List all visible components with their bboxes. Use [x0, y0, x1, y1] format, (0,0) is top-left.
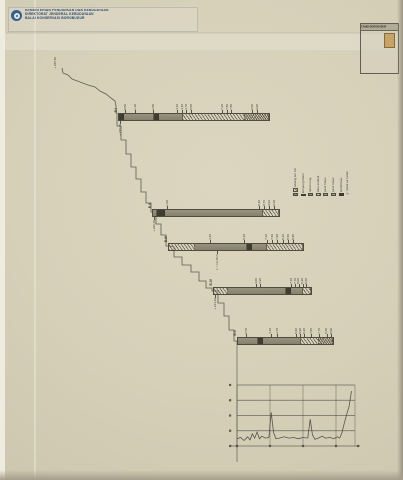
depth-mark-label: 9,60 — [251, 104, 254, 110]
depth-mark-tick — [267, 240, 268, 243]
depth-mark: 9,60 — [251, 104, 254, 113]
legend-entry: muka air tanah≈ — [346, 155, 349, 196]
depth-mark: 5,00 — [190, 104, 193, 113]
depth-mark-label: 8,80 — [292, 234, 295, 240]
depth-mark-tick — [125, 110, 126, 113]
borehole-id-label: B.IV — [210, 279, 213, 286]
depth-mark: 4,10 — [176, 104, 179, 113]
core-segment-hatch2 — [245, 114, 269, 120]
scan-edge-left — [0, 0, 5, 480]
depth-mark-label: 8,60 — [305, 278, 308, 284]
depth-mark-label: 9,00 — [268, 200, 271, 206]
profile-peak-elevation: + 265,50 — [54, 56, 57, 74]
depth-mark-tick — [277, 240, 278, 243]
legend-entry-label: lubang bor inti — [294, 151, 297, 187]
depth-mark: 8,70 — [263, 200, 266, 209]
depth-mark: 8,40 — [325, 328, 328, 337]
depth-mark: + 214,20 — [214, 295, 217, 310]
depth-mark-label: 3,10 — [269, 328, 272, 334]
depth-mark-label: 9,90 — [256, 104, 259, 110]
chart-x-tick-marker — [236, 445, 238, 447]
letterhead-line3: BALAI KONSERVASI BOROBUDUR — [25, 17, 119, 21]
depth-mark-label: 6,20 — [303, 328, 306, 334]
depth-mark-label: 4,10 — [176, 104, 179, 110]
core-segment-hatch — [303, 288, 311, 294]
borehole-id-label: B.V — [234, 330, 237, 336]
legend-symbol-hatch — [316, 193, 321, 197]
core-segment-dark — [157, 210, 165, 216]
chart-y-tick-marker — [229, 414, 231, 416]
depth-mark: 3,10 — [269, 328, 272, 337]
depth-mark-tick — [331, 334, 332, 337]
depth-mark-tick — [291, 284, 292, 287]
legend-entry-label: tanah urug — [309, 156, 312, 192]
depth-mark-label: 7,80 — [230, 104, 233, 110]
depth-mark-tick — [293, 240, 294, 243]
legend-entry: lempung hitam — [301, 157, 306, 196]
depth-mark-tick — [295, 284, 296, 287]
depth-mark-label: 8,40 — [258, 200, 261, 206]
scanned-drawing-sheet: KEMENTERIAN PENDIDIKAN DAN KEBUDAYAAN DI… — [0, 0, 403, 480]
depth-mark-tick — [327, 334, 328, 337]
depth-mark-tick — [277, 334, 278, 337]
depth-mark-tick — [259, 206, 260, 209]
legend-entry: batu andesit — [316, 156, 321, 197]
depth-mark-label: 9,30 — [273, 200, 276, 206]
depth-mark-label: 7,00 — [310, 328, 313, 334]
depth-mark-tick — [256, 284, 257, 287]
legend-symbol-dark — [339, 193, 344, 197]
depth-mark-tick — [264, 206, 265, 209]
depth-mark: 7,60 — [271, 234, 274, 243]
depth-mark: 3,20 — [209, 234, 212, 243]
depth-mark-tick — [257, 110, 258, 113]
depth-mark-label: L = 13,40 m — [216, 254, 219, 270]
borehole-log-B.V: B.V0,703,103,705,605,906,207,007,708,408… — [237, 337, 334, 345]
depth-mark-tick — [191, 110, 192, 113]
scan-band-artifact — [5, 33, 397, 50]
legend-entry: pasir halus — [323, 156, 328, 197]
chart-x-tick-marker — [269, 445, 271, 447]
core-segment-hatch — [263, 210, 279, 216]
scan-edge-right — [397, 0, 403, 480]
core-segment-hatch2 — [319, 338, 333, 344]
legend-entry-label: lempung hitam — [302, 157, 305, 193]
depth-mark: 4,30 — [259, 278, 262, 287]
depth-mark-tick — [311, 334, 312, 337]
depth-mark-tick — [299, 284, 300, 287]
depth-mark-tick — [182, 110, 183, 113]
depth-mark-label: 4,70 — [185, 104, 188, 110]
depth-mark-label: 0,50 — [124, 104, 127, 110]
scan-edge-bottom — [0, 470, 403, 480]
legend-entry: lubang bor inti — [293, 151, 298, 196]
peak-elevation-label: + 265,50 — [54, 57, 57, 69]
ministry-logo-icon — [11, 10, 22, 21]
core-segment-gray — [238, 338, 258, 344]
core-segment-gray — [165, 210, 263, 216]
legend-symbol-dash — [301, 194, 306, 196]
depth-mark-tick — [227, 110, 228, 113]
depth-mark-tick — [283, 240, 284, 243]
depth-mark: 4,70 — [185, 104, 188, 113]
depth-mark-label: 8,20 — [282, 234, 285, 240]
borehole-id-label: B.III — [165, 236, 168, 242]
depth-mark-tick — [135, 110, 136, 113]
chart-x-tick-marker — [302, 445, 304, 447]
legend-entry: pasir kasar — [331, 156, 336, 197]
section-drawing-canvas — [0, 0, 403, 480]
letterhead-text: KEMENTERIAN PENDIDIKAN DAN KEBUDAYAAN DI… — [25, 9, 119, 21]
fold-line-artifact — [34, 0, 36, 480]
depth-mark-label: 8,50 — [287, 234, 290, 240]
chart-x-tick-marker — [335, 445, 337, 447]
depth-mark-label: + 226,40 — [153, 220, 156, 232]
depth-mark: 9,00 — [268, 200, 271, 209]
depth-mark: 7,00 — [310, 328, 313, 337]
depth-mark-tick — [304, 334, 305, 337]
borehole-id-text: B.III — [165, 236, 168, 242]
legend-symbol-glyph: ≈ — [346, 192, 348, 196]
depth-mark-tick — [153, 110, 154, 113]
depth-mark-tick — [260, 284, 261, 287]
borehole-log-B.I: B.I0,501,202,804,104,404,705,007,207,507… — [118, 113, 270, 121]
title-block: CANDI BOROBUDUR — [360, 23, 399, 74]
legend-entry-label: batu andesit — [317, 156, 320, 192]
chart-y-tick-marker — [229, 430, 231, 432]
title-block-title: CANDI BOROBUDUR — [361, 26, 386, 29]
depth-mark-label: 7,20 — [221, 104, 224, 110]
depth-mark: 7,30 — [265, 234, 268, 243]
chart-y-tick-marker — [229, 445, 231, 447]
depth-mark-label: 0,70 — [245, 328, 248, 334]
borehole-id-text: B.IV — [210, 279, 213, 286]
depth-mark-tick — [246, 334, 247, 337]
core-segment-gray — [159, 114, 183, 120]
depth-mark: 9,30 — [273, 200, 276, 209]
depth-mark: 5,60 — [243, 234, 246, 243]
depth-mark-tick — [244, 240, 245, 243]
depth-mark-label: 7,90 — [276, 234, 279, 240]
depth-mark: 3,70 — [276, 328, 279, 337]
depth-mark: 2,80 — [152, 104, 155, 113]
legend-entry-label: muka air tanah — [346, 155, 349, 191]
depth-mark-label: 7,30 — [265, 234, 268, 240]
legend-entry: kerikil batu — [339, 156, 344, 197]
core-segment-hatch — [169, 244, 195, 250]
depth-mark-label: 8,40 — [325, 328, 328, 334]
depth-mark-tick — [319, 334, 320, 337]
legend-entry-label: pasir halus — [324, 156, 327, 192]
depth-mark-tick — [272, 240, 273, 243]
depth-mark-label: 4,30 — [259, 278, 262, 284]
depth-mark: 8,20 — [282, 234, 285, 243]
depth-mark: 7,70 — [318, 328, 321, 337]
depth-mark: 0,70 — [245, 328, 248, 337]
legend-symbol-stack — [293, 188, 298, 196]
depth-mark-tick — [210, 240, 211, 243]
depth-mark: 1,00 — [166, 200, 169, 209]
depth-mark: 8,40 — [258, 200, 261, 209]
depth-mark: 8,80 — [292, 234, 295, 243]
legend-entry: tanah urug — [308, 156, 313, 197]
depth-mark: 9,90 — [256, 104, 259, 113]
depth-mark-label: 2,80 — [152, 104, 155, 110]
borehole-id-label: B.II — [149, 203, 152, 208]
depth-mark-tick — [303, 284, 304, 287]
depth-mark: + 226,40 — [153, 217, 156, 232]
depth-mark: 8,90 — [330, 328, 333, 337]
depth-mark: 0,50 — [124, 104, 127, 113]
legend-symbol-gray — [308, 193, 313, 197]
depth-mark-label: 1,20 — [134, 104, 137, 110]
legend-entry-label: kerikil batu — [340, 156, 343, 192]
depth-mark-label: 5,60 — [243, 234, 246, 240]
legend-symbol-gray — [293, 193, 298, 197]
depth-mark-label: 1,00 — [166, 200, 169, 206]
depth-mark: 6,20 — [303, 328, 306, 337]
depth-mark: + 235,60 — [119, 121, 122, 136]
depth-mark-tick — [167, 206, 168, 209]
core-segment-gray — [291, 288, 303, 294]
depth-mark-label: + 214,20 — [214, 298, 217, 310]
depth-mark-tick — [274, 206, 275, 209]
core-segment-gray — [228, 288, 286, 294]
depth-mark-tick — [252, 110, 253, 113]
core-segment-hatch — [214, 288, 228, 294]
borehole-id-text: B.II — [149, 203, 152, 208]
depth-mark: 1,20 — [134, 104, 137, 113]
depth-mark-label: 3,70 — [276, 328, 279, 334]
depth-mark-tick — [296, 334, 297, 337]
depth-mark: 7,20 — [221, 104, 224, 113]
depth-mark-label: 7,70 — [318, 328, 321, 334]
depth-mark-label: 7,60 — [271, 234, 274, 240]
core-segment-gray — [195, 244, 247, 250]
depth-mark-label: 5,00 — [190, 104, 193, 110]
bottom-profile-chart — [222, 370, 364, 466]
depth-mark: 7,80 — [230, 104, 233, 113]
chart-series-line — [237, 391, 352, 440]
legend-symbol-cross — [331, 193, 336, 197]
core-segment-hatch — [301, 338, 319, 344]
depth-mark: 8,50 — [287, 234, 290, 243]
depth-mark-tick — [186, 110, 187, 113]
logo-center-dot — [16, 15, 18, 17]
depth-mark-tick — [222, 110, 223, 113]
title-block-stamp-cell — [384, 33, 395, 48]
letterhead-stamp: KEMENTERIAN PENDIDIKAN DAN KEBUDAYAAN DI… — [8, 7, 198, 32]
depth-mark: 7,90 — [276, 234, 279, 243]
depth-mark-label: 3,20 — [209, 234, 212, 240]
core-segment-gray — [263, 338, 301, 344]
legend-symbol-hatch — [293, 188, 298, 192]
core-segment-hatch — [267, 244, 303, 250]
borehole-id-label: B.I — [115, 108, 118, 112]
depth-mark-label: 8,70 — [263, 200, 266, 206]
legend: lubang bor intilempung hitamtanah urugba… — [293, 149, 367, 196]
legend-symbol-lines — [323, 193, 328, 197]
title-block-header: CANDI BOROBUDUR — [361, 24, 398, 31]
legend-entry-label: pasir kasar — [332, 156, 335, 192]
borehole-id-text: B.I — [115, 108, 118, 112]
depth-mark-tick — [177, 110, 178, 113]
depth-mark: L = 13,40 m — [216, 251, 219, 270]
depth-mark-tick — [271, 334, 272, 337]
core-segment-gray — [252, 244, 267, 250]
borehole-id-text: B.V — [234, 330, 237, 336]
depth-mark-tick — [231, 110, 232, 113]
chart-y-tick-marker — [229, 384, 231, 386]
depth-mark: 8,60 — [305, 278, 308, 287]
core-segment-gray — [124, 114, 154, 120]
depth-mark-tick — [300, 334, 301, 337]
depth-mark-label: + 235,60 — [119, 124, 122, 136]
depth-mark-label: 8,90 — [330, 328, 333, 334]
depth-mark-tick — [288, 240, 289, 243]
chart-x-tick-marker — [357, 445, 359, 447]
depth-mark-tick — [269, 206, 270, 209]
borehole-log-B.II: B.II1,008,408,709,009,30+ 226,40 — [152, 209, 280, 217]
depth-mark-tick — [306, 284, 307, 287]
core-segment-hatch — [183, 114, 245, 120]
borehole-log-B.IV: B.IV4,004,307,407,708,008,308,60+ 214,20 — [213, 287, 312, 295]
chart-y-tick-marker — [229, 399, 231, 401]
borehole-log-B.III: B.III3,205,607,307,607,908,208,508,80L =… — [168, 243, 304, 251]
